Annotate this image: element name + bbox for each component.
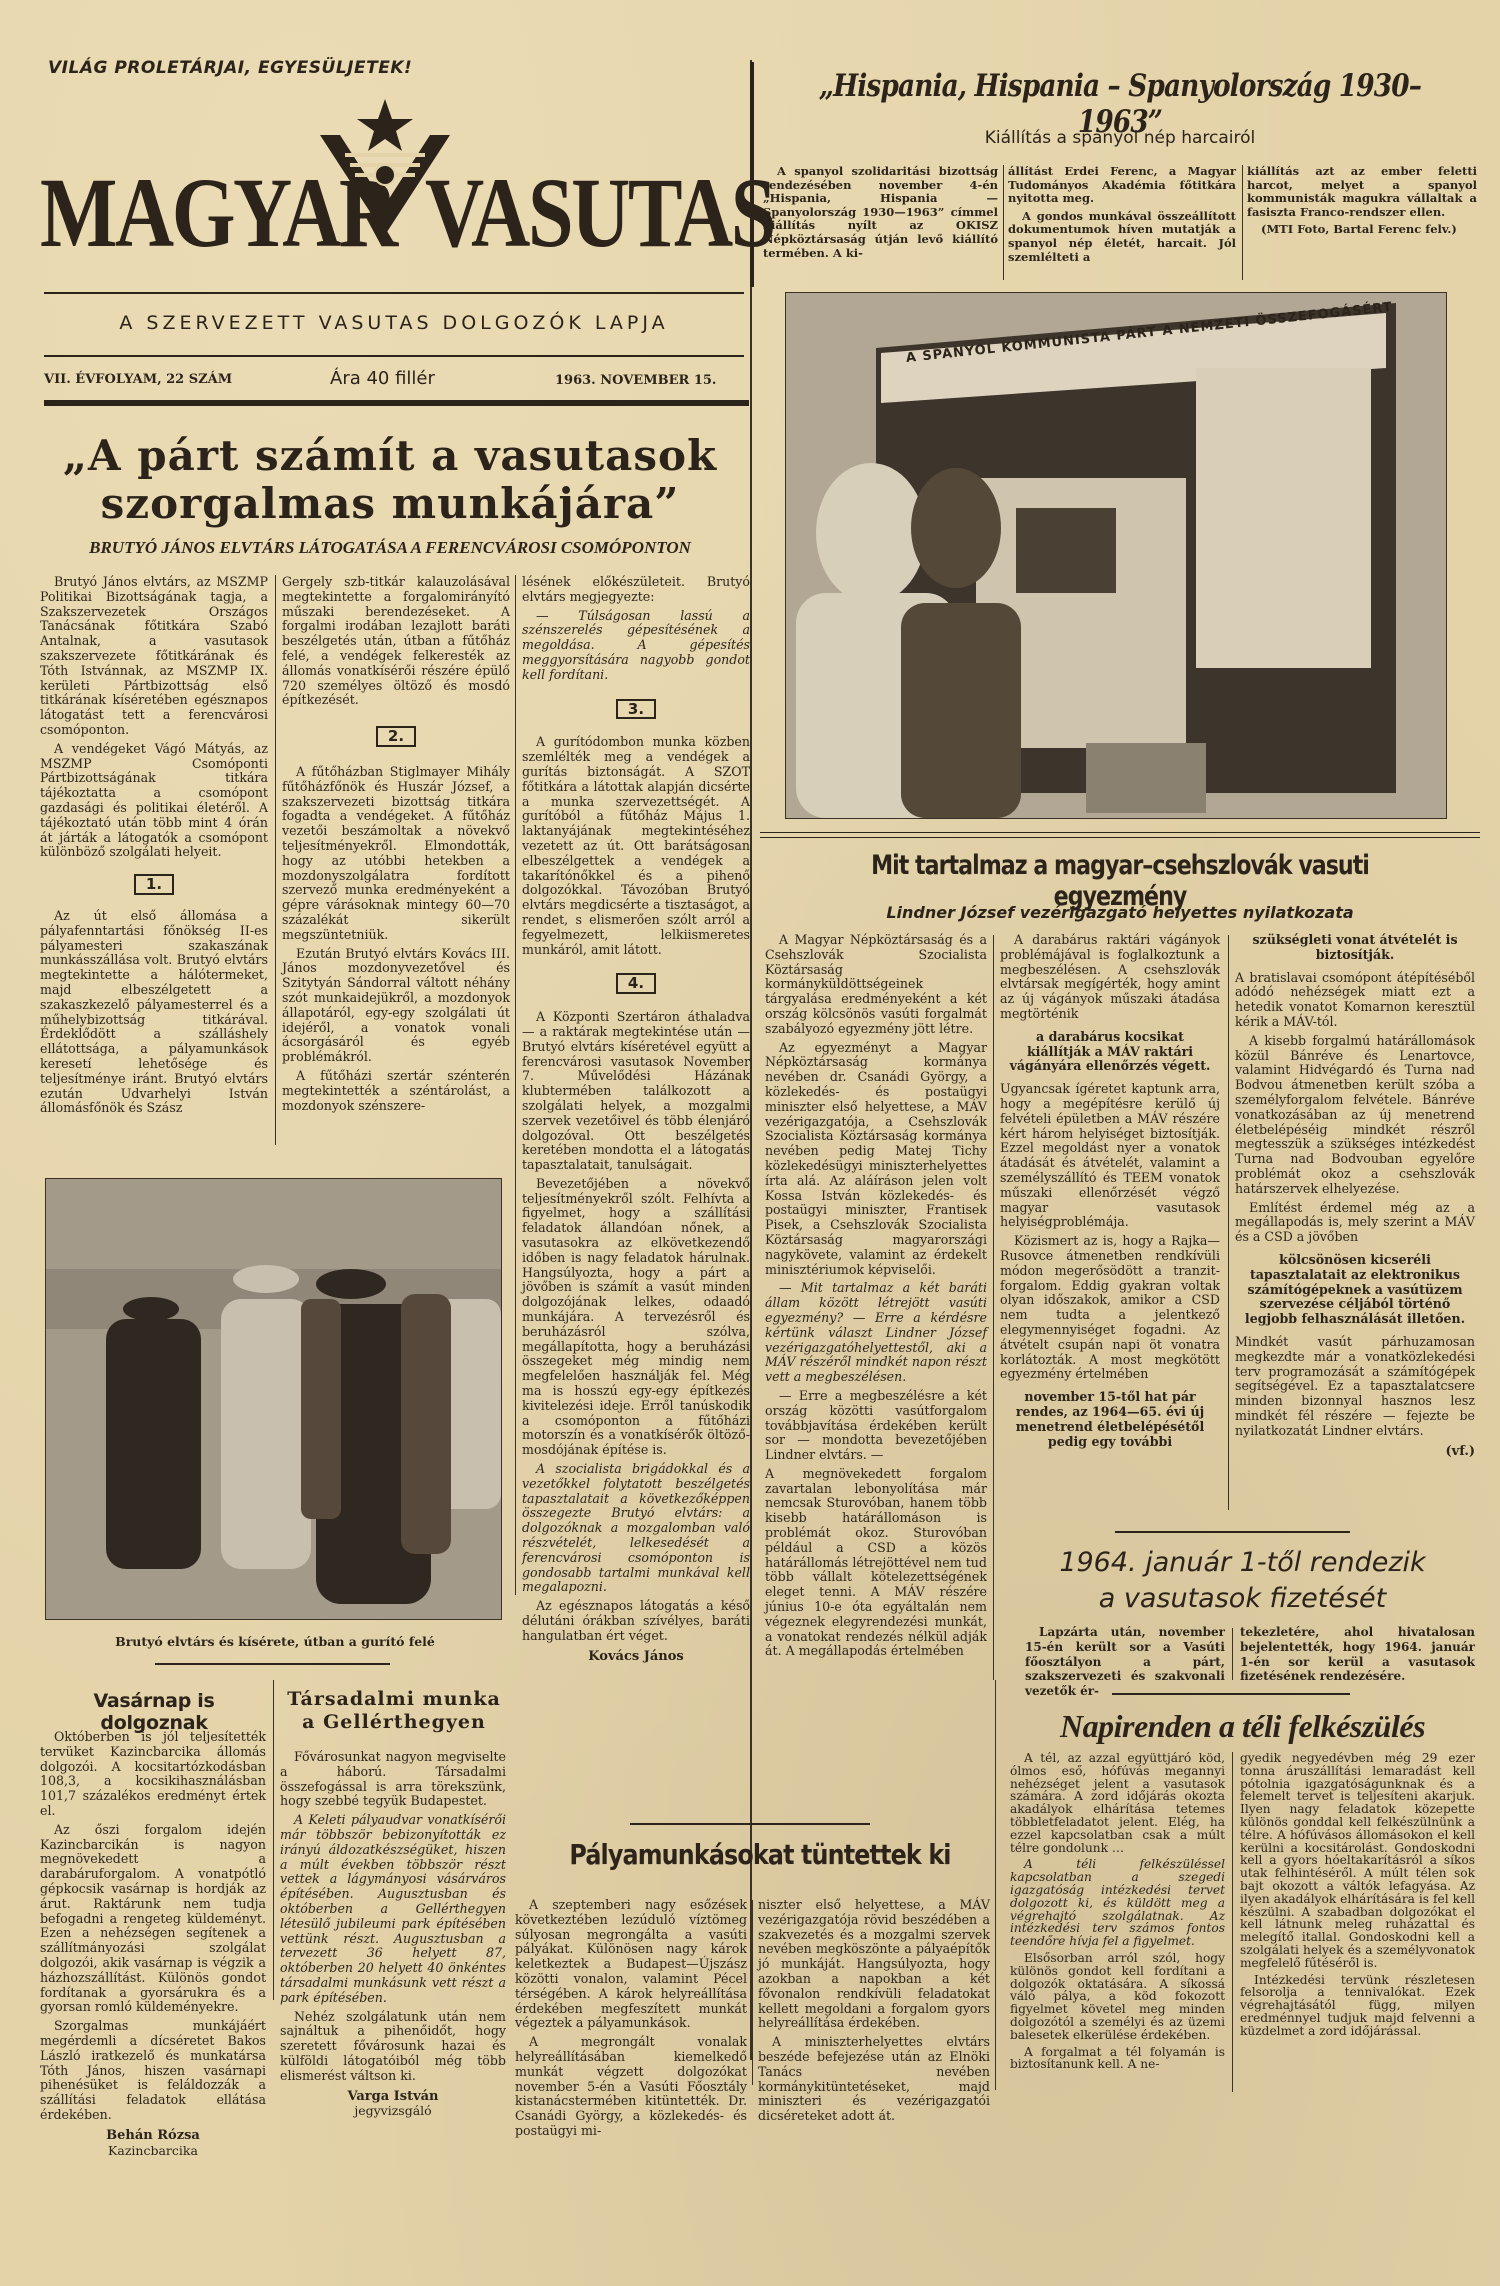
column-divider [993,935,994,1680]
main-headline-line-2: szorgalmas munkájára” [30,480,750,528]
winter-col-1: A tél, az azzal együttjáró köd, ólmos es… [1010,1752,1225,2075]
paragraph: A szeptemberi nagy esőzések következtébe… [515,1898,747,2031]
paragraph: niszter első helyettese, a MÁV vezérigaz… [758,1898,990,2031]
track-col-1: A szeptemberi nagy esőzések következtébe… [515,1898,747,2143]
social-article-body: Fővárosunkat nagyon megviselte a háború.… [280,1750,506,2119]
paragraph: A téli felkészüléssel kapcsolatban a sze… [1010,1858,1225,1948]
column-divider [1232,1752,1233,2092]
column-divider [275,575,276,1145]
paragraph: Nehéz szolgálatunk után nem sajnáltuk a … [280,2010,506,2084]
paragraph: Októberben is jól teljesítették tervüket… [40,1730,266,1819]
paragraph: Elsősorban arról szól, hogy különös gond… [1010,1952,1225,2042]
section-divider [155,1663,390,1665]
winter-col-2: gyedik negyedévben még 29 ezer tonna áru… [1240,1752,1475,2042]
czech-article-author: (vf.) [1235,1445,1475,1460]
social-article-headline: Társadalmi munka a Gellérthegyen [278,1688,510,1734]
masthead-rule-1 [44,292,744,294]
main-article-col-2: Gergely szb-titkár kalauzolásával megtek… [282,575,510,1117]
paragraph: A tél, az azzal együttjáró köd, ólmos es… [1010,1752,1225,1854]
highlighted-paragraph: szükségleti vonat átvételét is biztosítj… [1241,933,1469,963]
section-number-4: 4. [616,973,656,994]
paragraph: Az őszi forgalom idején Kazincbarcikán i… [40,1823,266,2015]
paragraph: Mindkét vasút párhuzamosan megkezdte már… [1235,1335,1475,1439]
paragraph: lésének előkészületeit. Brutyó elvtárs m… [522,575,750,605]
paragraph: A miniszterhelyettes elvtárs beszéde bef… [758,2035,990,2124]
price: Ára 40 fillér [330,368,435,389]
main-article-col-3: lésének előkészületeit. Brutyó elvtárs m… [522,575,750,1664]
masthead-title-right: VASUTAS [425,155,774,270]
paragraph: Intézkedési tervünk részletesen felsorol… [1240,1974,1475,2038]
salary-headline-line-2: a vasutasok fizetését [1005,1581,1480,1617]
paragraph: A spanyol szolidaritási bizottság rendez… [763,165,998,260]
social-headline-line-2: a Gellérthegyen [278,1711,510,1734]
salary-col-1: Lapzárta után, november 15-én került sor… [1025,1625,1225,1703]
spain-frame-left [750,62,754,287]
quote-paragraph: — Túlságosan lassú a szénszerelés gépesí… [522,609,750,683]
spain-col-3: kiállítás azt az ember feletti harcot, m… [1247,165,1477,241]
photo-credit: (MTI Foto, Bartal Ferenc felv.) [1247,223,1477,237]
paragraph: Ezután Brutyó elvtárs Kovács III. János … [282,947,510,1065]
spain-subheadline: Kiállítás a spanyol nép harcairól [760,128,1480,148]
paragraph: Brutyó János elvtárs, az MSZMP Politikai… [40,575,268,738]
column-divider [273,1680,274,2000]
paragraph: A kisebb forgalmú határállomások közül B… [1235,1034,1475,1197]
paragraph: Az út első állomása a pályafenntartási f… [40,909,268,1116]
paragraph: Az egyezményt a Magyar Népköztársaság ko… [765,1041,987,1278]
sunday-article-body: Októberben is jól teljesítették tervüket… [40,1730,266,2158]
paragraph: A forgalmat a tél folyamán is biztosítan… [1010,2046,1225,2072]
highlighted-paragraph: a darabárus kocsikat kiállítják a MÁV ra… [1006,1030,1214,1074]
paragraph: kiállítás azt az ember feletti harcot, m… [1247,165,1477,219]
double-rule [760,832,1480,838]
paragraph: A vendégeket Vágó Mátyás, az MSZMP Csomó… [40,742,268,860]
paragraph: A Keleti pályaudvar vonatkísérői már töb… [280,1813,506,2005]
track-col-2: niszter első helyettese, a MÁV vezérigaz… [758,1898,990,2128]
highlighted-paragraph: november 15-től hat pár rendes, az 1964—… [1006,1390,1214,1449]
masthead-subtitle: A SZERVEZETT VASUTAS DOLGOZÓK LAPJA [44,312,744,334]
paragraph: A gondos munkával összeállított dokument… [1008,210,1236,264]
column-divider [515,575,516,1595]
brutyo-visit-photo [45,1178,502,1620]
paragraph: A bratislavai csomópont átépítéséből adó… [1235,971,1475,1030]
czech-col-2: A darabárus raktári vágányok problémájáv… [1000,933,1220,1457]
paragraph: Lapzárta után, november 15-én került sor… [1025,1625,1225,1699]
social-article-author: Varga István [280,2090,506,2105]
paragraph: A fűtőházban Stiglmayer Mihály fűtőházfő… [282,765,510,943]
czech-col-1: A Magyar Népköztársaság és a Csehszlovák… [765,933,987,1663]
section-divider [1115,1531,1350,1533]
czech-subheadline: Lindner József vezérigazgató helyettes n… [760,903,1480,922]
paragraph: Fővárosunkat nagyon megviselte a háború.… [280,1750,506,1809]
section-number-3: 3. [616,699,656,720]
social-article-author-role: jegyvizsgáló [280,2104,506,2119]
issue-date: 1963. NOVEMBER 15. [555,373,716,388]
exhibition-visitors-image [786,293,1446,818]
paragraph: Szorgalmas munkájáért megérdemli a dícsé… [40,2019,266,2123]
column-divider [752,1900,753,2085]
sunday-article-headline: Vasárnap is dolgoznak [38,1690,270,1734]
paragraph: A gurítódombon munka közben szemlélték m… [522,735,750,957]
masthead-logo: MAGYAR VASUTAS [40,95,740,285]
masthead-rule-2 [44,355,744,357]
main-subheadline: BRUTYÓ JÁNOS ELVTÁRS LÁTOGATÁSA A FERENC… [30,538,750,558]
paragraph: Bevezetőjében a növekvő teljesítményekrő… [522,1177,750,1458]
salary-headline: 1964. január 1-től rendezik a vasutasok … [1005,1545,1480,1617]
paragraph: A darabárus raktári vágányok problémájáv… [1000,933,1220,1022]
main-headline-line-1: „A párt számít a vasutasok [30,432,750,480]
section-number-1: 1. [134,874,174,895]
spain-col-2: állítást Erdei Ferenc, a Magyar Tudomány… [1008,165,1236,268]
main-headline: „A párt számít a vasutasok szorgalmas mu… [30,432,750,528]
paragraph: Gergely szb-titkár kalauzolásával megtek… [282,575,510,708]
track-headline: Pályamunkásokat tüntettek ki [556,1838,964,1871]
social-headline-line-1: Társadalmi munka [278,1688,510,1711]
page-divider [750,60,752,2060]
paragraph: A megrongált vonalak helyreállításában k… [515,2035,747,2139]
main-photo-caption: Brutyó elvtárs és kísérete, útban a gurí… [40,1634,510,1649]
sunday-article-author-place: Kazincbarcika [40,2144,266,2159]
paragraph: Közismert az is, hogy a Rajka—Rusovce át… [1000,1234,1220,1382]
main-article-author: Kovács János [522,1650,750,1665]
paragraph: tekezletére, ahol hivatalosan bejelentet… [1240,1625,1475,1684]
sunday-article-author: Behán Rózsa [40,2129,266,2144]
paragraph: A fűtőházi szertár szénterén megtekintet… [282,1069,510,1113]
column-divider [1232,1628,1233,1680]
masthead-thick-rule [44,400,749,406]
column-divider [1003,165,1004,280]
column-divider [995,1680,996,2090]
paragraph: — Erre a megbeszélésre a két ország közö… [765,1389,987,1463]
salary-headline-line-1: 1964. január 1-től rendezik [1005,1545,1480,1581]
salary-col-2: tekezletére, ahol hivatalosan bejelentet… [1240,1625,1475,1688]
paragraph: állítást Erdei Ferenc, a Magyar Tudomány… [1008,165,1236,206]
paragraph: A Központi Szertáron áthaladva — a raktá… [522,1010,750,1173]
paragraph: Az egésznapos látogatás a késő délutáni … [522,1599,750,1643]
paragraph: — Mit tartalmaz a két baráti állam közöt… [765,1281,987,1385]
paragraph: Említést érdemel még az a megállapodás i… [1235,1201,1475,1245]
column-divider [1228,935,1229,1510]
spain-col-1: A spanyol szolidaritási bizottság rendez… [763,165,998,264]
volume-info: VII. ÉVFOLYAM, 22 SZÁM [44,372,232,387]
czech-col-3: szükségleti vonat átvételét is biztosítj… [1235,933,1475,1459]
winter-headline: Napirenden a téli felkészülés [1005,1708,1480,1745]
main-article-col-1: Brutyó János elvtárs, az MSZMP Politikai… [40,575,268,1120]
section-divider [630,1823,870,1825]
paragraph: gyedik negyedévben még 29 ezer tonna áru… [1240,1752,1475,1970]
column-divider [1242,165,1243,280]
paragraph: A Magyar Népköztársaság és a Csehszlovák… [765,933,987,1037]
paragraph: A szocialista brigádokkal és a vezetőkke… [522,1462,750,1595]
section-number-2: 2. [376,726,416,747]
group-of-men-walking-image [46,1179,501,1619]
highlighted-paragraph: kölcsönösen kicseréli tapasztalatait az … [1241,1253,1469,1327]
section-divider [1112,1693,1350,1695]
paragraph: A megnövekedett forgalom zavartalan lebo… [765,1467,987,1659]
masthead-slogan: VILÁG PROLETÁRJAI, EGYESÜLJETEK! [48,58,412,78]
spanish-exhibition-photo: A SPANYOL KOMMUNISTA PÁRT A NEMZETI ÖSSZ… [785,292,1447,819]
paragraph: Ugyancsak ígéretet kaptunk arra, hogy a … [1000,1082,1220,1230]
